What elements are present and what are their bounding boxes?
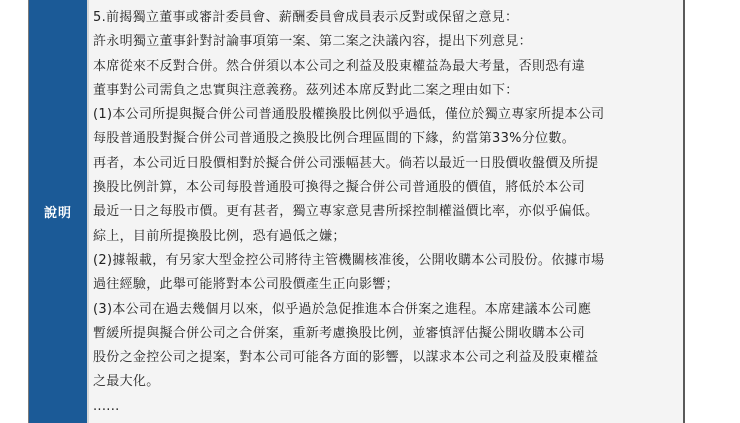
content-line: 之最大化。 — [93, 370, 683, 394]
content-line: 董事對公司需負之忠實與注意義務。茲列述本席反對此二案之理由如下： — [93, 79, 683, 103]
content-line: 過往經驗，此舉可能將對本公司股價產生正向影響； — [93, 273, 683, 297]
content-line: 最近一日之每股市價。更有甚者，獨立專家意見書所採控制權溢價比率，亦似乎偏低。 — [93, 200, 683, 224]
disclosure-table: 說明 5.前揭獨立董事或審計委員會、薪酬委員會成員表示反對或保留之意見： 許永明… — [28, 0, 685, 423]
content-line: (1)本公司所提與擬合併公司普通股股權換股比例似乎過低，僅位於獨立專家所提本公司 — [93, 103, 683, 127]
content-line: 再者，本公司近日股價相對於擬合併公司漲幅甚大。倘若以最近一日股價收盤價及所提 — [93, 152, 683, 176]
content-line: 許永明獨立董事針對討論事項第一案、第二案之決議內容，提出下列意見： — [93, 30, 683, 54]
content-line: ...... — [93, 395, 683, 419]
content-line: (2)據報載，有另家大型金控公司將待主管機關核准後，公開收購本公司股份。依據市場 — [93, 249, 683, 273]
content-line: 綜上，目前所提換股比例，恐有過低之嫌； — [93, 225, 683, 249]
content-line: (3)本公司在過去幾個月以來，似乎過於急促推進本合併案之進程。本席建議本公司應 — [93, 298, 683, 322]
content-line: 每股普通股對擬合併公司普通股之換股比例合理區間的下緣，約當第33%分位數。 — [93, 127, 683, 151]
content-line: 換股比例計算，本公司每股普通股可換得之擬合併公司普通股的價值，將低於本公司 — [93, 176, 683, 200]
label-explanation: 說明 — [44, 202, 72, 221]
content-line: 股份之金控公司之提案，對本公司可能各方面的影響，以謀求本公司之利益及股東權益 — [93, 346, 683, 370]
content-line: 5.前揭獨立董事或審計委員會、薪酬委員會成員表示反對或保留之意見： — [93, 6, 683, 30]
content-cell: 5.前揭獨立董事或審計委員會、薪酬委員會成員表示反對或保留之意見： 許永明獨立董… — [89, 0, 685, 423]
label-cell: 說明 — [29, 0, 89, 423]
content-line: 本席從來不反對合併。然合併須以本公司之利益及股東權益為最大考量，否則恐有違 — [93, 55, 683, 79]
content-line: 暫緩所提與擬合併公司之合併案，重新考慮換股比例，並審慎評估擬公開收購本公司 — [93, 322, 683, 346]
